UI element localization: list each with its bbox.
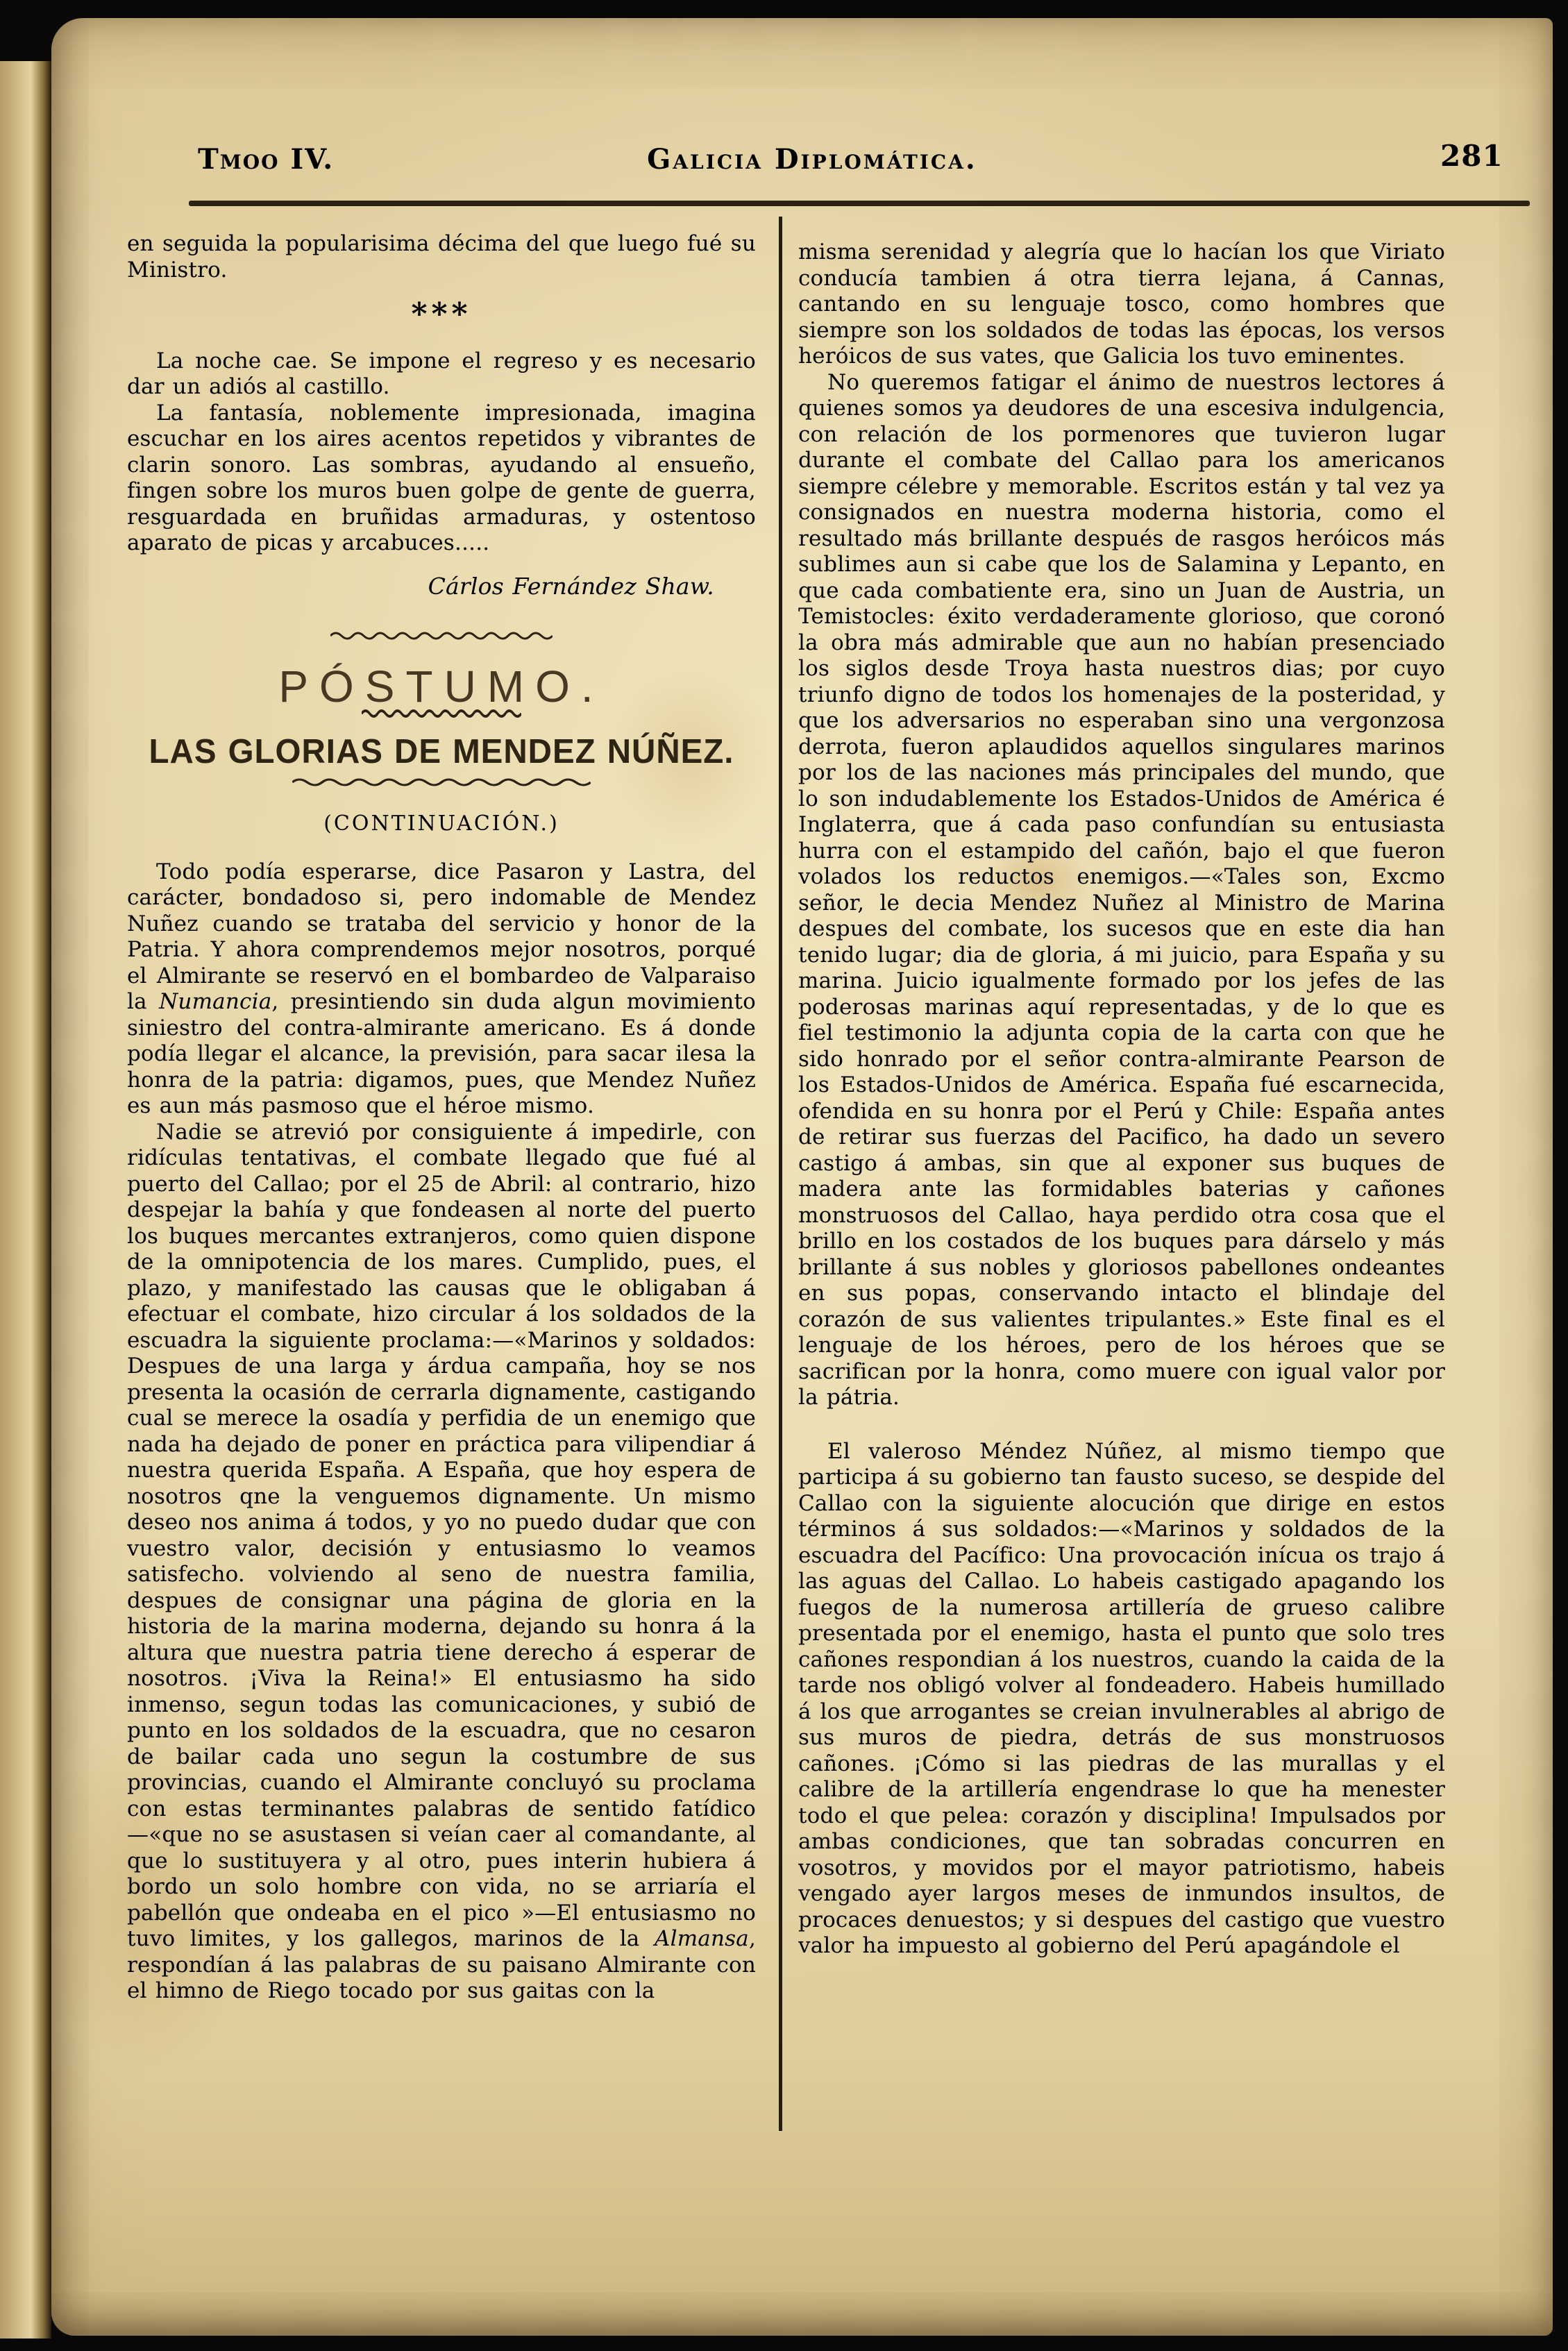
column-divider [779, 217, 782, 2131]
paragraph-nadie-part-a: Nadie se atrevió por consiguiente á impe… [127, 1120, 756, 1952]
right-column: misma serenidad y alegría que lo hacían … [798, 239, 1445, 2176]
paragraph-noqueremos: No queremos fatigar el ánimo de nuestros… [798, 370, 1445, 1411]
paragraph-fantasia: La fantasía, noblemente impresionada, im… [127, 401, 756, 557]
continuation-note: (CONTINUACIÓN.) [127, 811, 756, 837]
wavy-rule-icon [292, 776, 591, 787]
paragraph-noche: La noche cae. Se impone el regreso y es … [127, 348, 756, 401]
section-title: PÓSTUMO. [127, 674, 756, 700]
ship-name-almansa: Almansa [655, 1926, 749, 1951]
paragraph-misma: misma serenidad y alegría que lo hacían … [798, 239, 1445, 370]
paragraph-valeroso: El valeroso Méndez Núñez, al mismo tiemp… [798, 1439, 1445, 1960]
page-number: 281 [1440, 139, 1503, 173]
facing-page-edge [0, 61, 51, 2339]
author-signature: Cárlos Fernández Shaw. [127, 573, 756, 600]
volume-label: Tmoo IV. [198, 143, 334, 176]
article-title: LAS GLORIAS DE MENDEZ NÚÑEZ. [137, 739, 747, 766]
wavy-rule-icon [330, 630, 553, 641]
header-rule [189, 201, 1530, 206]
asterisk-divider: *** [127, 301, 756, 328]
book-photo: Tmoo IV. Galicia Diplomática. 281 en seg… [0, 0, 1568, 2351]
paragraph-carryover: en seguida la popularisima décima del qu… [127, 231, 756, 283]
paragraph-todo: Todo podía esperarse, dice Pasaron y Las… [127, 859, 756, 1120]
journal-title: Galicia Diplomática. [647, 143, 977, 176]
left-column: en seguida la popularisima décima del qu… [127, 231, 756, 2147]
ship-name-numancia: Numancia [159, 989, 271, 1014]
paragraph-nadie: Nadie se atrevió por consiguiente á impe… [127, 1120, 756, 2005]
